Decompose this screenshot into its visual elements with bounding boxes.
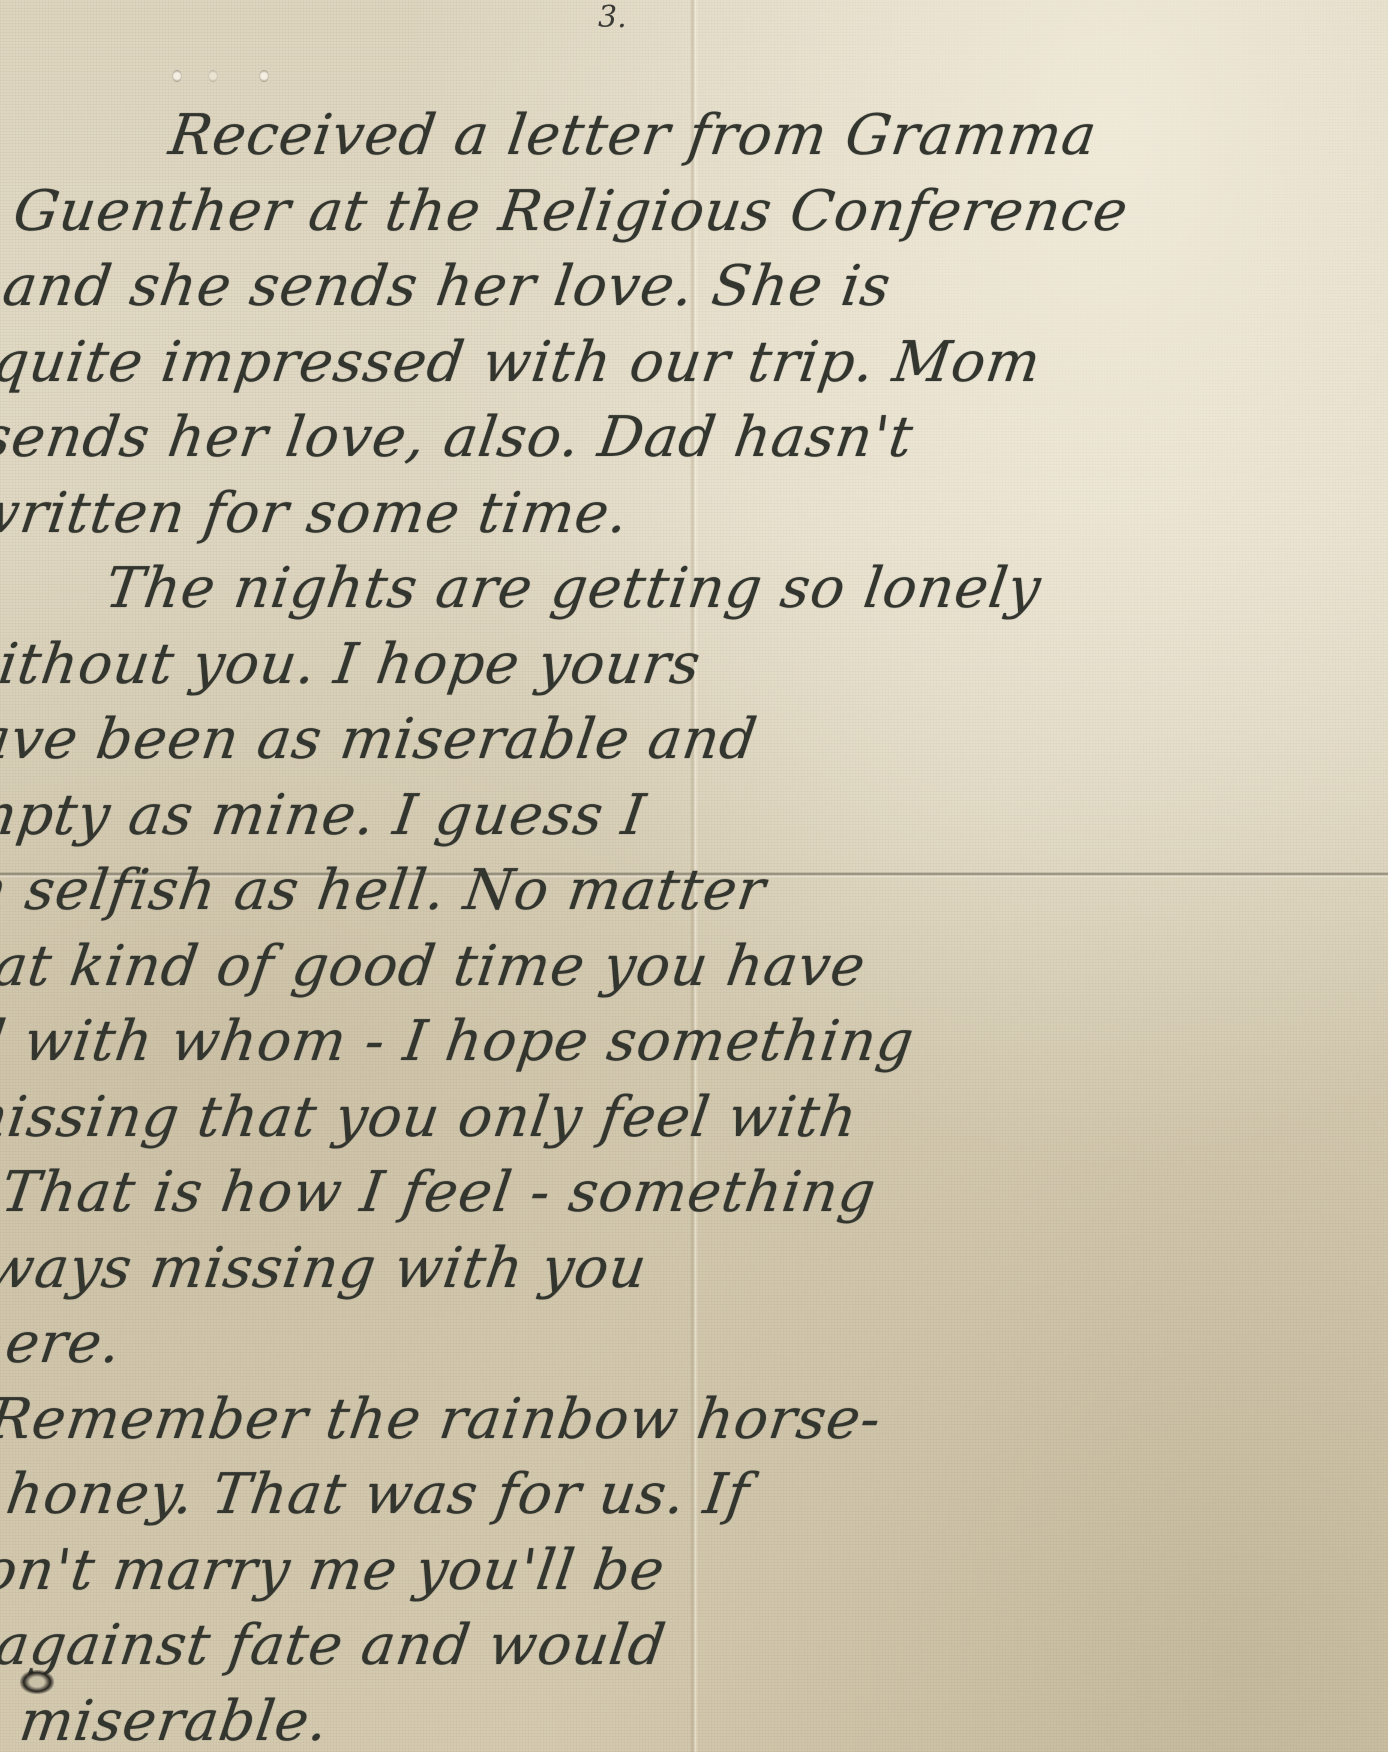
letter-body: Received a letter from GrammaGuenther at…	[0, 98, 1370, 1752]
letter-line: empty as mine. I guess I	[0, 778, 1275, 854]
letter-line: Guenther at the Religious Conference	[9, 174, 1360, 250]
letter-line: and she sends her love. She is	[0, 249, 1349, 325]
ink-blot	[20, 1670, 54, 1694]
letter-line: shoe, honey. That was for us. If	[0, 1457, 1179, 1533]
letter-line: going against fate and would	[0, 1608, 1158, 1684]
letter-line: still be miserable.	[0, 1684, 1147, 1752]
letter-line: is missing that you only feel with	[0, 1080, 1232, 1156]
letter-line: Remember the rainbow horse-	[0, 1382, 1190, 1458]
letter-line: you don't marry me you'll be	[0, 1533, 1168, 1609]
pin-hole	[208, 70, 218, 82]
letter-page: 3. Received a letter from GrammaGuenther…	[0, 0, 1388, 1752]
letter-line: not here.	[0, 1306, 1200, 1382]
letter-line: quite impressed with our trip. Mom	[0, 325, 1338, 401]
letter-line: and with whom - I hope something	[0, 1004, 1243, 1080]
letter-line: is always missing with you	[0, 1231, 1211, 1307]
pin-hole	[259, 70, 269, 82]
letter-line: am selfish as hell. No matter	[0, 853, 1264, 929]
letter-line: me. That is how I feel - something	[0, 1155, 1221, 1231]
letter-line: what kind of good time you have	[0, 929, 1253, 1005]
letter-line: have been as miserable and	[0, 702, 1285, 778]
letter-line: written for some time.	[0, 476, 1317, 552]
letter-line: The nights are getting so lonely	[0, 551, 1306, 627]
pin-hole	[172, 70, 182, 82]
letter-line: Received a letter from Gramma	[19, 98, 1370, 174]
letter-line: without you. I hope yours	[0, 627, 1296, 703]
letter-line: sends her love, also. Dad hasn't	[0, 400, 1328, 476]
page-number: 3.	[598, 0, 627, 35]
